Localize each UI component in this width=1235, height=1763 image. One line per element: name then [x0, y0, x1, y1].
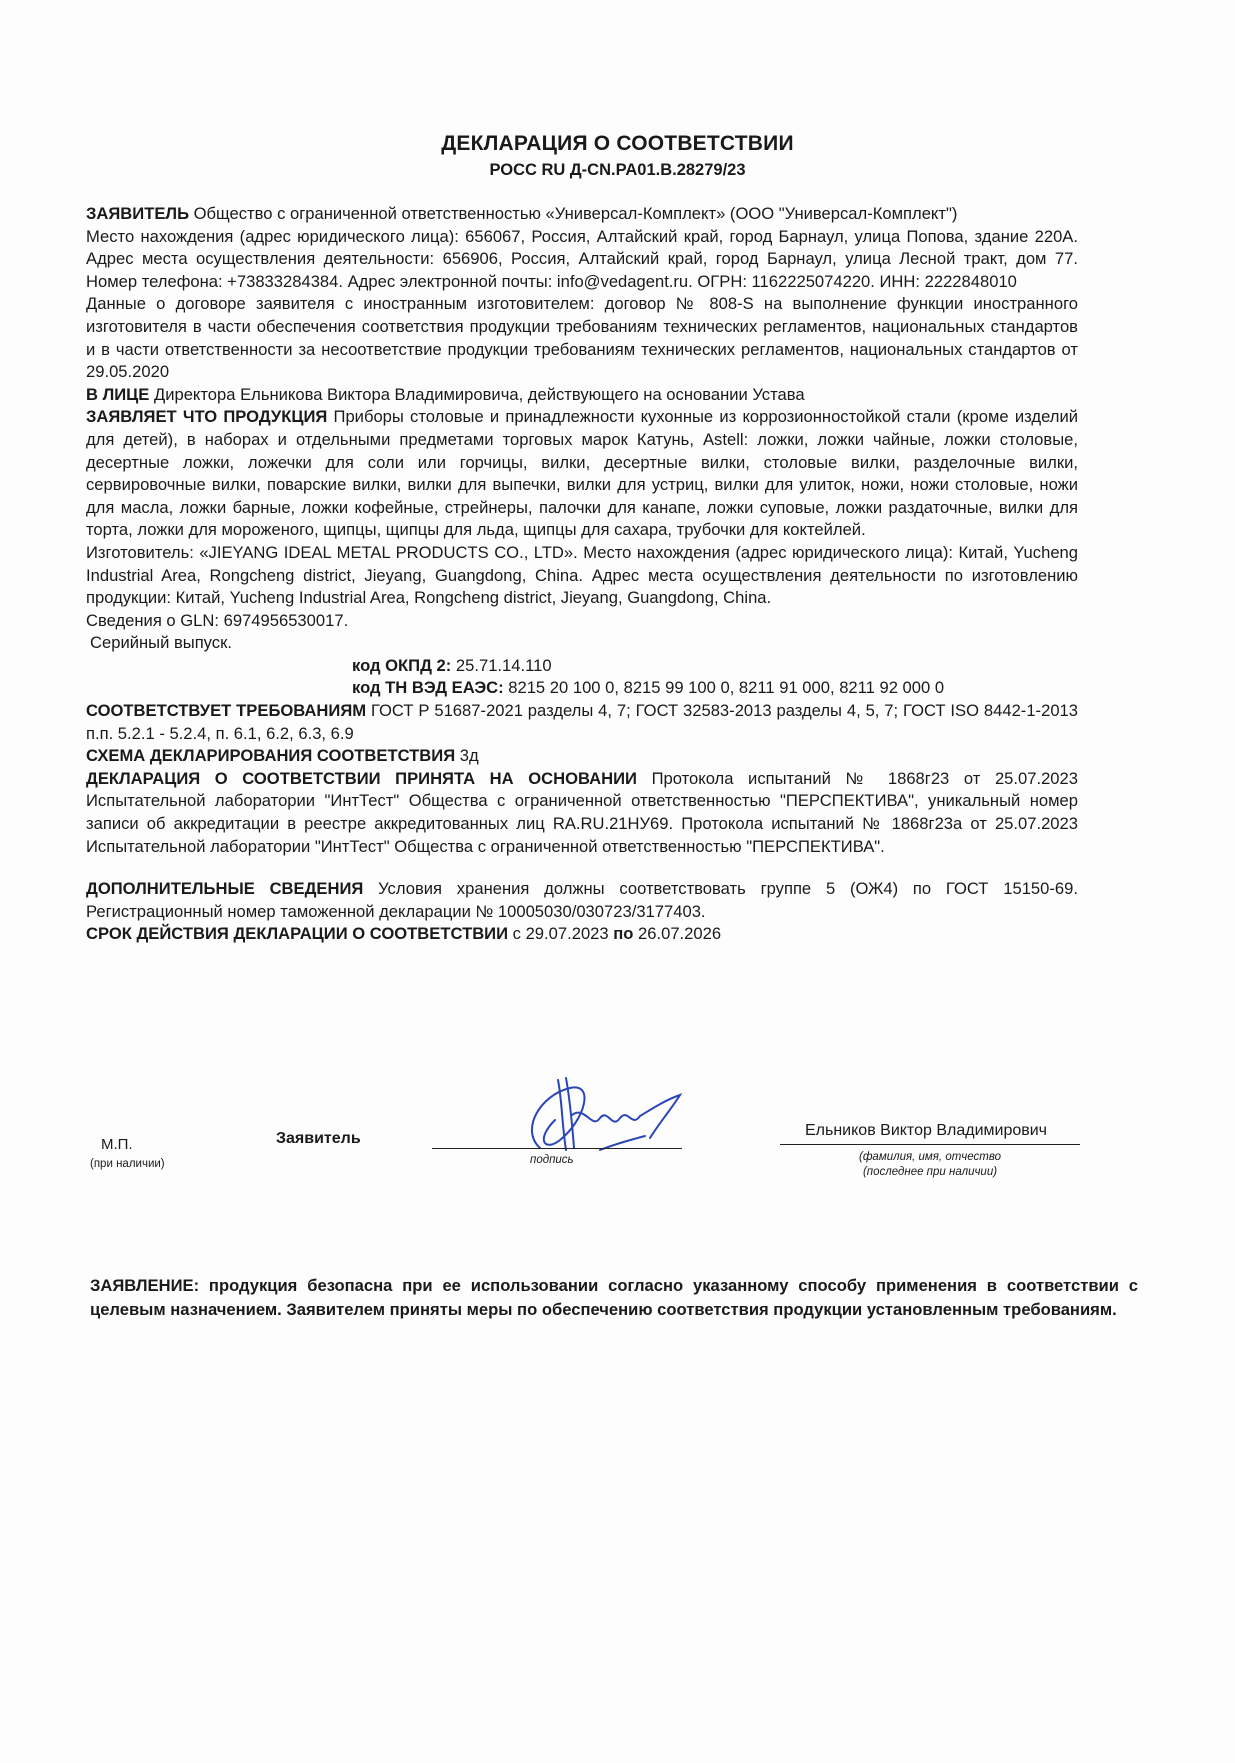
- validity-from-date: 29.07.2023: [526, 924, 609, 943]
- contract-info: Данные о договоре заявителя с иностранны…: [86, 293, 1078, 383]
- validity-to-date: 26.07.2026: [638, 924, 721, 943]
- additional-section: ДОПОЛНИТЕЛЬНЫЕ СВЕДЕНИЯ Условия хранения…: [86, 878, 1078, 923]
- represented-text: Директора Ельникова Виктора Владимирович…: [149, 385, 804, 404]
- tnved-code: код ТН ВЭД ЕАЭС: 8215 20 100 0, 8215 99 …: [86, 677, 1078, 700]
- name-note-line-2: (последнее при наличии): [780, 1165, 1080, 1180]
- stamp-label: М.П.: [101, 1136, 133, 1153]
- signature-line: [432, 1148, 682, 1149]
- compliance-label: СООТВЕТСТВУЕТ ТРЕБОВАНИЯМ: [86, 701, 366, 720]
- name-note-line-1: (фамилия, имя, отчество: [780, 1150, 1080, 1165]
- safety-statement: ЗАЯВЛЕНИЕ: продукция безопасна при ее ис…: [90, 1274, 1138, 1322]
- applicant-label: ЗАЯВИТЕЛЬ: [86, 204, 189, 223]
- okpd-code: код ОКПД 2: 25.71.14.110: [86, 655, 1078, 678]
- applicant-text: Общество с ограниченной ответственностью…: [189, 204, 957, 223]
- manufacturer-info: Изготовитель: «JIEYANG IDEAL METAL PRODU…: [86, 542, 1078, 610]
- validity-to-word: по: [609, 924, 638, 943]
- compliance-section: СООТВЕТСТВУЕТ ТРЕБОВАНИЯМ ГОСТ Р 51687-2…: [86, 700, 1078, 745]
- represented-section: В ЛИЦЕ Директора Ельникова Виктора Влади…: [86, 384, 1078, 407]
- validity-label: СРОК ДЕЙСТВИЯ ДЕКЛАРАЦИИ О СООТВЕТСТВИИ: [86, 924, 508, 943]
- scheme-section: СХЕМА ДЕКЛАРИРОВАНИЯ СООТВЕТСТВИЯ 3д: [86, 745, 1078, 768]
- basis-label: ДЕКЛАРАЦИЯ О СООТВЕТСТВИИ ПРИНЯТА НА ОСН…: [86, 769, 637, 788]
- basis-section: ДЕКЛАРАЦИЯ О СООТВЕТСТВИИ ПРИНЯТА НА ОСН…: [86, 768, 1078, 858]
- stamp-note: (при наличии): [90, 1158, 165, 1170]
- spacer: [86, 858, 1078, 878]
- applicant-signature-label: Заявитель: [276, 1130, 361, 1148]
- declaration-page: ДЕКЛАРАЦИЯ О СООТВЕТСТВИИ РОСС RU Д-CN.P…: [0, 0, 1235, 1763]
- document-title: ДЕКЛАРАЦИЯ О СООТВЕТСТВИИ: [0, 132, 1235, 156]
- declaration-number: РОСС RU Д-CN.PA01.B.28279/23: [0, 161, 1235, 180]
- name-note: (фамилия, имя, отчество (последнее при н…: [780, 1150, 1080, 1180]
- product-section: ЗАЯВЛЯЕТ ЧТО ПРОДУКЦИЯ Приборы столовые …: [86, 406, 1078, 542]
- product-text: Приборы столовые и принадлежности кухонн…: [86, 407, 1078, 539]
- release-type: Серийный выпуск.: [86, 632, 1078, 655]
- product-label: ЗАЯВЛЯЕТ ЧТО ПРОДУКЦИЯ: [86, 407, 327, 426]
- okpd-value: 25.71.14.110: [451, 656, 551, 675]
- validity-section: СРОК ДЕЙСТВИЯ ДЕКЛАРАЦИИ О СООТВЕТСТВИИ …: [86, 923, 1078, 946]
- okpd-label: код ОКПД 2:: [352, 656, 451, 675]
- handwritten-signature-icon: [500, 1060, 720, 1160]
- additional-label: ДОПОЛНИТЕЛЬНЫЕ СВЕДЕНИЯ: [86, 879, 363, 898]
- tnved-value: 8215 20 100 0, 8215 99 100 0, 8211 91 00…: [504, 678, 944, 697]
- represented-label: В ЛИЦЕ: [86, 385, 149, 404]
- gln-info: Сведения о GLN: 6974956530017.: [86, 610, 1078, 633]
- signature-block: М.П. (при наличии) Заявитель подпись Ель…: [0, 1100, 1235, 1200]
- applicant-address: Место нахождения (адрес юридического лиц…: [86, 226, 1078, 294]
- name-line: [780, 1144, 1080, 1145]
- scheme-value: 3д: [455, 746, 479, 765]
- signature-note: подпись: [530, 1154, 574, 1166]
- document-body: ЗАЯВИТЕЛЬ Общество с ограниченной ответс…: [86, 203, 1078, 946]
- signatory-name: Ельников Виктор Владимирович: [805, 1122, 1047, 1140]
- applicant-section: ЗАЯВИТЕЛЬ Общество с ограниченной ответс…: [86, 203, 1078, 226]
- scheme-label: СХЕМА ДЕКЛАРИРОВАНИЯ СООТВЕТСТВИЯ: [86, 746, 455, 765]
- validity-from-word: с: [508, 924, 526, 943]
- tnved-label: код ТН ВЭД ЕАЭС:: [352, 678, 504, 697]
